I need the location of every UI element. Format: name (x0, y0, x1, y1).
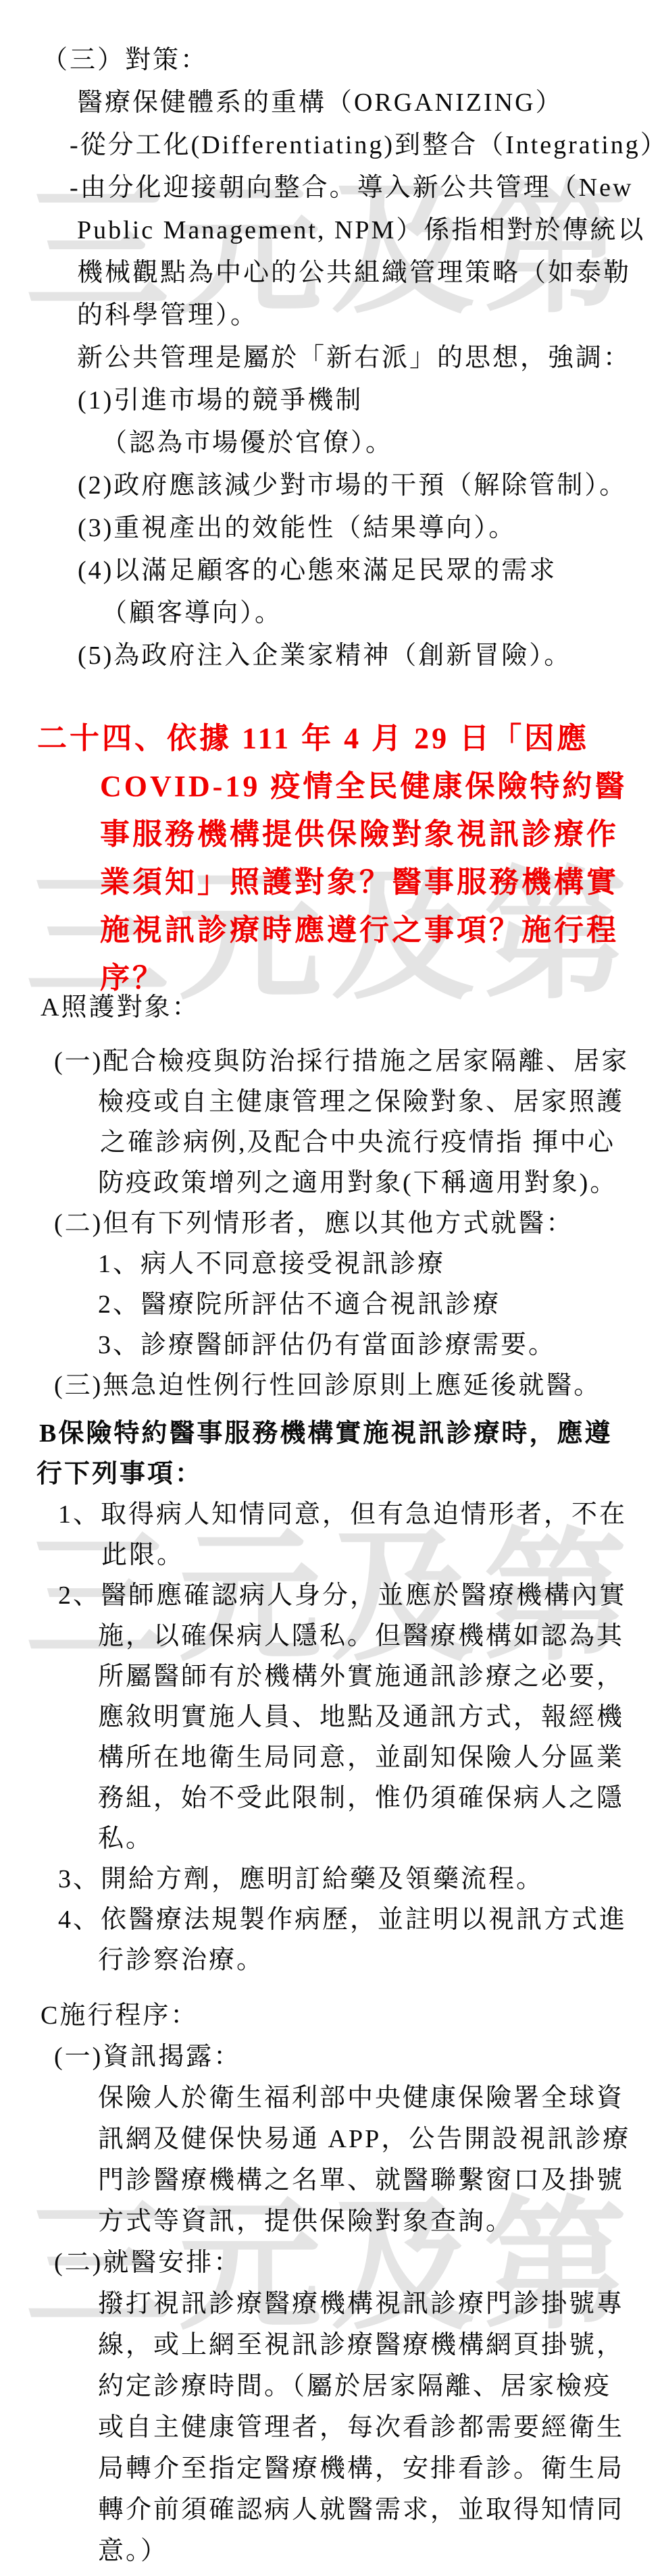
text-line: 局轉介至指定醫療機構，安排看診。衛生局 (0, 2448, 662, 2490)
text-line: -從分工化(Differentiating)到整合（Integrating） (0, 124, 662, 167)
list-item: (一)資訊揭露： (0, 2036, 662, 2078)
section-a-care-targets: A照護對象： (一)配合檢疫與防治採行措施之居家隔離、居家 檢疫或自主健康管理之… (0, 987, 662, 1406)
text-line: 之確診病例,及配合中央流行疫情指 揮中心 (0, 1122, 662, 1163)
text-line: 撥打視訊診療醫療機構視訊診療門診掛號專 (0, 2284, 662, 2325)
text-line: 構所在地衛生局同意，並副知保險人分區業 (0, 1737, 662, 1778)
list-item: (一)配合檢疫與防治採行措施之居家隔離、居家 (0, 1041, 662, 1082)
section-b-heading: 行下列事項： (0, 1454, 662, 1494)
heading-q24-line: COVID-19 疫情全民健康保險特約醫 (0, 762, 662, 810)
text-line: 此限。 (0, 1535, 662, 1575)
heading-q24-line: 施視訊診療時應遵行之事項？施行程 (0, 906, 662, 954)
heading-q24-line: 業須知」照護對象？醫事服務機構實 (0, 858, 662, 906)
text-line: 的科學管理）。 (0, 294, 662, 337)
section-a-heading: A照護對象： (0, 987, 662, 1028)
list-item: 2、醫師應確認病人身分，並應於醫療機構內實 (0, 1575, 662, 1616)
section-c-heading: C施行程序： (0, 1995, 662, 2036)
heading-q24-line: 事服務機構提供保險對象視訊診療作 (0, 810, 662, 858)
text-line: 醫療保健體系的重構（ORGANIZING） (0, 82, 662, 124)
text-line: 轉介前須確認病人就醫需求，並取得知情同 (0, 2490, 662, 2531)
text-line: 防疫政策增列之適用對象(下稱適用對象)。 (0, 1163, 662, 1203)
text-line: 行診察治療。 (0, 1940, 662, 1980)
text-line: （認為市場優於官僚）。 (0, 422, 662, 465)
text-line: 方式等資訊，提供保險對象查詢。 (0, 2201, 662, 2242)
list-item: (2)政府應該減少對市場的干預（解除管制）。 (0, 465, 662, 507)
text-line: 意。） (0, 2531, 662, 2572)
list-item: (二)就醫安排： (0, 2242, 662, 2284)
list-item: 4、依醫療法規製作病歷，並註明以視訊方式進 (0, 1899, 662, 1940)
list-item: 3、診療醫師評估仍有當面診療需要。 (0, 1325, 662, 1365)
list-item: (二)但有下列情形者，應以其他方式就醫： (0, 1203, 662, 1244)
text-line: 務組，始不受此限制，惟仍須確保病人之隱 (0, 1778, 662, 1818)
list-item: (4)以滿足顧客的心態來滿足民眾的需求 (0, 550, 662, 592)
text-line: 訊網及健保快易通 APP，公告開設視訊診療 (0, 2119, 662, 2160)
text-line: 檢疫或自主健康管理之保險對象、居家照護 (0, 1082, 662, 1122)
text-line: -由分化迎接朝向整合。導入新公共管理（New (0, 167, 662, 209)
text-line: （顧客導向）。 (0, 592, 662, 635)
section-b-heading: B保險特約醫事服務機構實施視訊診療時，應遵 (0, 1413, 662, 1454)
list-item: (5)為政府注入企業家精神（創新冒險）。 (0, 635, 662, 677)
text-line: 約定診療時間。（屬於居家隔離、居家檢疫 (0, 2366, 662, 2407)
text-line: 施，以確保病人隱私。但醫療機構如認為其 (0, 1616, 662, 1656)
list-item: 2、醫療院所評估不適合視訊診療 (0, 1284, 662, 1325)
scanned-document-page: 三元及第 三元及第 三元及第 三元及第 （三）對策： 醫療保健體系的重構（ORG… (0, 0, 662, 2576)
list-item: (三)無急迫性例行性回診原則上應延後就醫。 (0, 1365, 662, 1406)
list-item: (3)重視產出的效能性（結果導向）。 (0, 507, 662, 550)
text-line: 應敘明實施人員、地點及通訊方式，報經機 (0, 1697, 662, 1737)
text-line: 或自主健康管理者，每次看診都需要經衛生 (0, 2407, 662, 2448)
heading-q24: 二十四、依據 111 年 4 月 29 日「因應 COVID-19 疫情全民健康… (0, 714, 662, 1002)
text-line: 機械觀點為中心的公共組織管理策略（如泰勒 (0, 252, 662, 294)
text-line: 私。 (0, 1818, 662, 1859)
text-line: 門診醫療機構之名單、就醫聯繫窗口及掛號 (0, 2160, 662, 2201)
text-line: 所屬醫師有於機構外實施通訊診療之必要， (0, 1656, 662, 1697)
section-c-procedure: C施行程序： (一)資訊揭露： 保險人於衛生福利部中央健康保險署全球資 訊網及健… (0, 1995, 662, 2572)
list-item: (1)引進市場的競爭機制 (0, 379, 662, 422)
section-countermeasures-heading: （三）對策： (0, 39, 662, 82)
text-line: 保險人於衛生福利部中央健康保險署全球資 (0, 2078, 662, 2119)
heading-q24-line: 二十四、依據 111 年 4 月 29 日「因應 (0, 714, 662, 762)
list-item: 1、病人不同意接受視訊診療 (0, 1244, 662, 1284)
text-line: 新公共管理是屬於「新右派」的思想，強調： (0, 337, 662, 379)
section-countermeasures: （三）對策： 醫療保健體系的重構（ORGANIZING） -從分工化(Diffe… (0, 39, 662, 677)
list-item: 1、取得病人知情同意，但有急迫情形者，不在 (0, 1494, 662, 1535)
text-line: Public Management, NPM）係指相對於傳統以 (0, 209, 662, 252)
text-line: 線，或上網至視訊診療醫療機構網頁掛號， (0, 2325, 662, 2366)
section-b-rules: B保險特約醫事服務機構實施視訊診療時，應遵 行下列事項： 1、取得病人知情同意，… (0, 1413, 662, 1980)
list-item: 3、開給方劑，應明訂給藥及領藥流程。 (0, 1859, 662, 1899)
